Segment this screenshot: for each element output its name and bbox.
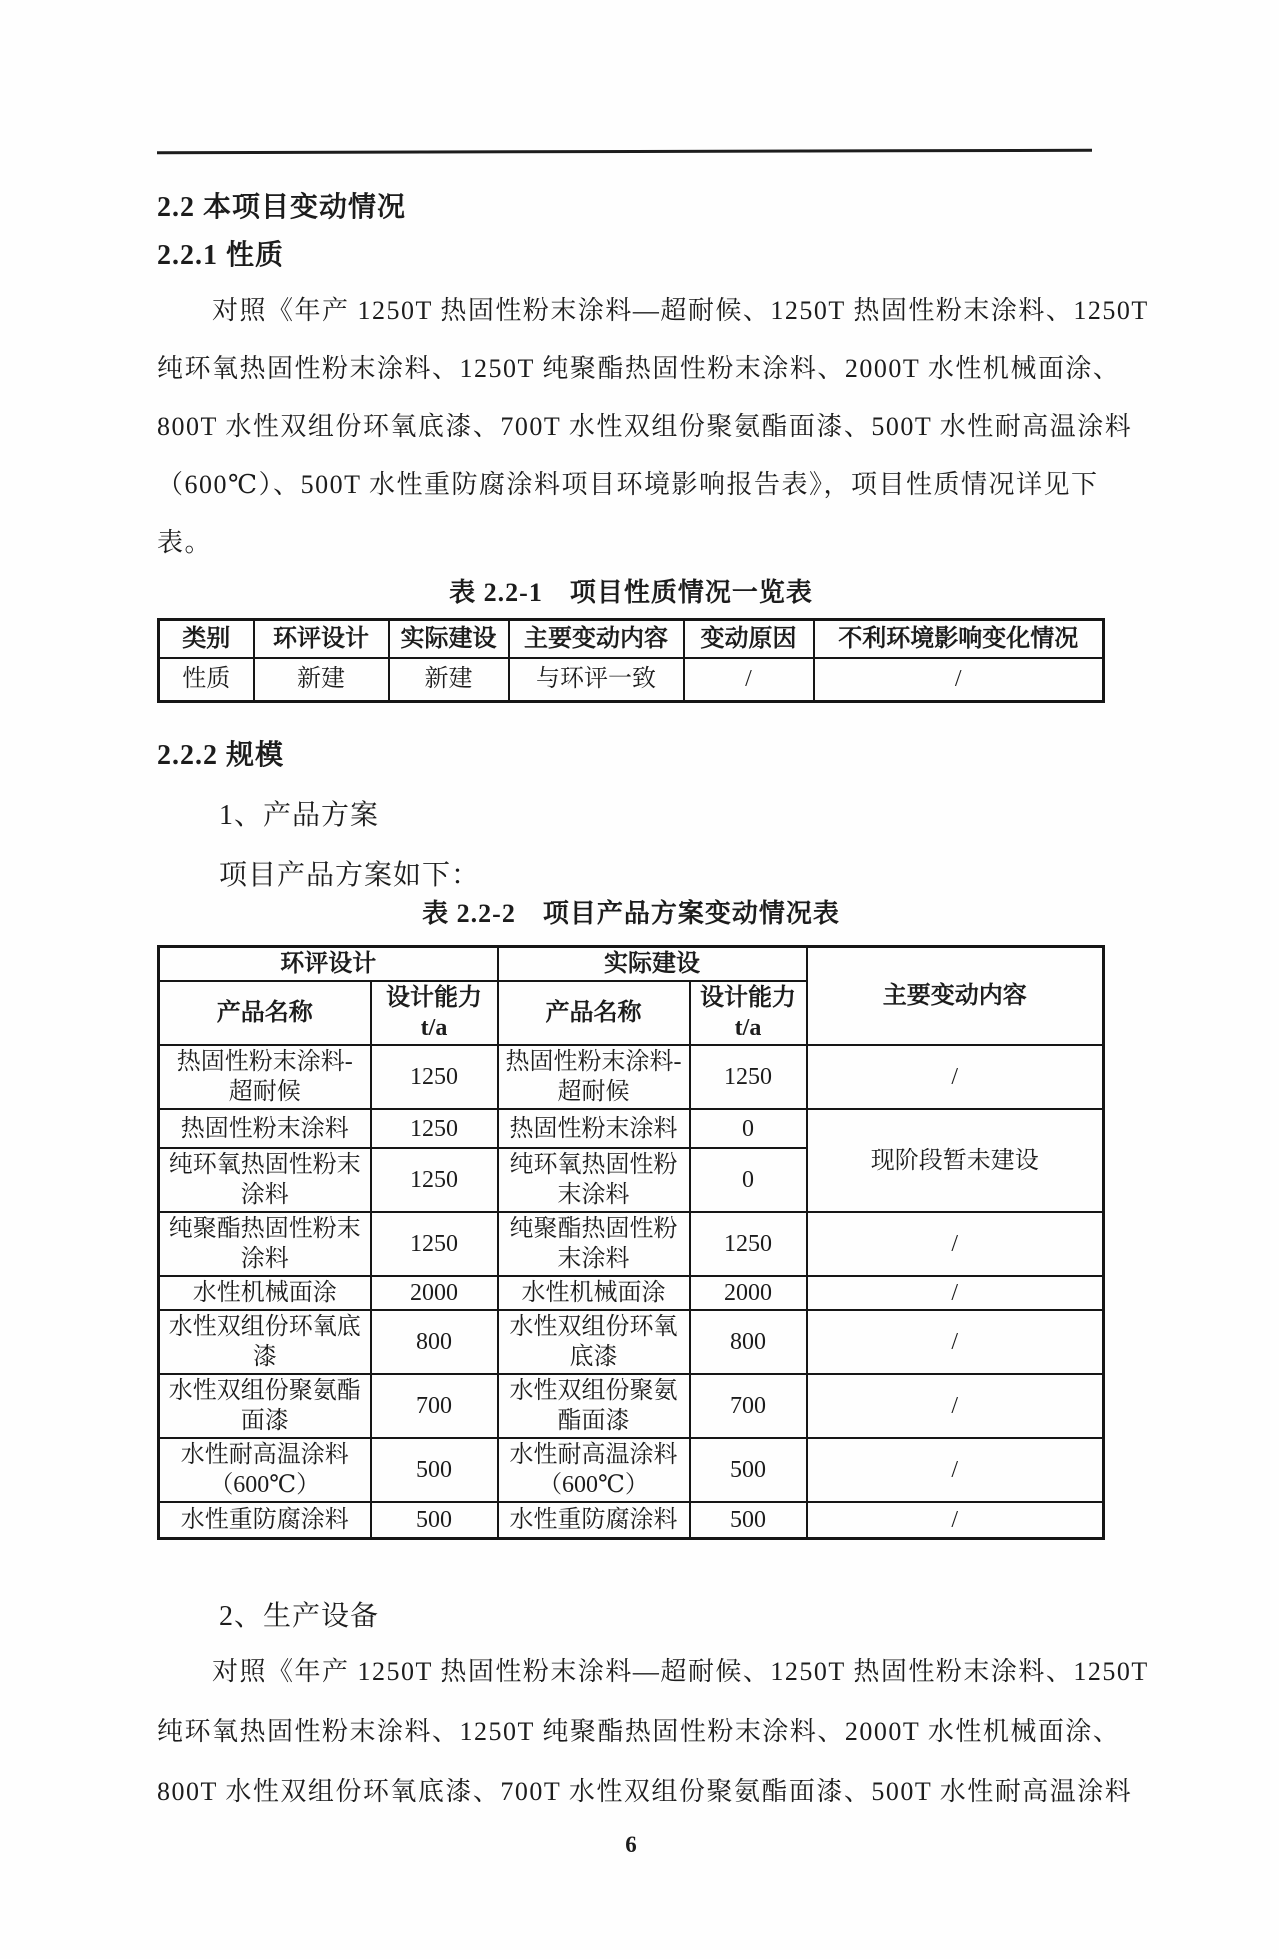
list-item-product-plan: 1、产品方案 xyxy=(157,797,1105,835)
cell-act-cap: 800 xyxy=(690,1310,807,1374)
cell-eia-cap: 1250 xyxy=(371,1109,498,1148)
cell-eia-name: 水性耐高温涂料（600℃） xyxy=(159,1438,371,1502)
table1-header-row: 类别 环评设计 实际建设 主要变动内容 变动原因 不利环境影响变化情况 xyxy=(159,620,1104,658)
list-item-production-equipment: 2、生产设备 xyxy=(157,1598,1105,1636)
cell-eia-cap: 2000 xyxy=(371,1276,498,1310)
paragraph-line: 800T 水性双组份环氧底漆、700T 水性双组份聚氨酯面漆、500T 水性耐高… xyxy=(157,398,1105,456)
cell-eia-name: 水性双组份环氧底漆 xyxy=(159,1310,371,1374)
paragraph-line: 纯环氧热固性粉末涂料、1250T 纯聚酯热固性粉末涂料、2000T 水性机械面涂… xyxy=(157,1702,1105,1762)
cell-act-cap: 0 xyxy=(690,1109,807,1148)
cell-eia-name: 水性双组份聚氨酯面漆 xyxy=(159,1374,371,1438)
cell-act-cap: 500 xyxy=(690,1502,807,1538)
table-row: 水性机械面涂 2000 水性机械面涂 2000 / xyxy=(159,1276,1104,1310)
cell-act-cap: 1250 xyxy=(690,1045,807,1109)
paragraph-line: 800T 水性双组份环氧底漆、700T 水性双组份聚氨酯面漆、500T 水性耐高… xyxy=(157,1762,1105,1822)
paragraph-line: 纯环氧热固性粉末涂料、1250T 纯聚酯热固性粉末涂料、2000T 水性机械面涂… xyxy=(157,340,1105,398)
capacity-label-line2: t/a xyxy=(697,1013,800,1043)
table-row: 水性重防腐涂料 500 水性重防腐涂料 500 / xyxy=(159,1502,1104,1538)
cell-category: 性质 xyxy=(159,658,254,702)
cell-act-name: 水性耐高温涂料（600℃） xyxy=(498,1438,690,1502)
table1-header-category: 类别 xyxy=(159,620,254,658)
cell-eia-name: 热固性粉末涂料-超耐候 xyxy=(159,1045,371,1109)
cell-adverse-impact: / xyxy=(814,658,1104,702)
cell-eia-name: 水性机械面涂 xyxy=(159,1276,371,1310)
cell-main-change: 与环评一致 xyxy=(509,658,684,702)
cell-act-cap: 700 xyxy=(690,1374,807,1438)
section-heading-2-2-1: 2.2.1 性质 xyxy=(157,237,1105,275)
section-heading-2-2-2: 2.2.2 规模 xyxy=(157,737,1105,775)
paragraph-project-nature: 对照《年产 1250T 热固性粉末涂料—超耐候、1250T 热固性粉末涂料、12… xyxy=(157,282,1105,572)
table-row: 水性双组份聚氨酯面漆 700 水性双组份聚氨酯面漆 700 / xyxy=(159,1374,1104,1438)
table2-header-capacity-eia: 设计能力 t/a xyxy=(371,981,498,1045)
cell-eia-design: 新建 xyxy=(254,658,389,702)
cell-change: / xyxy=(807,1374,1104,1438)
cell-change: / xyxy=(807,1310,1104,1374)
table2-caption: 表 2.2-2 项目产品方案变动情况表 xyxy=(157,897,1105,931)
cell-act-cap: 2000 xyxy=(690,1276,807,1310)
cell-change: / xyxy=(807,1438,1104,1502)
page-number: 6 xyxy=(157,1832,1105,1858)
cell-act-name: 水性重防腐涂料 xyxy=(498,1502,690,1538)
table2-header-main-change: 主要变动内容 xyxy=(807,947,1104,1046)
paragraph-line: （600℃）、500T 水性重防腐涂料项目环境影响报告表》，项目性质情况详见下 xyxy=(157,456,1105,514)
table1-header-change-reason: 变动原因 xyxy=(684,620,814,658)
cell-act-name: 热固性粉末涂料-超耐候 xyxy=(498,1045,690,1109)
cell-change: / xyxy=(807,1502,1104,1538)
cell-eia-cap: 1250 xyxy=(371,1212,498,1276)
table-row: 纯聚酯热固性粉末涂料 1250 纯聚酯热固性粉末涂料 1250 / xyxy=(159,1212,1104,1276)
cell-eia-name: 纯聚酯热固性粉末涂料 xyxy=(159,1212,371,1276)
table1-caption: 表 2.2-1 项目性质情况一览表 xyxy=(157,576,1105,610)
table-row: 热固性粉末涂料 1250 热固性粉末涂料 0 现阶段暂未建设 xyxy=(159,1109,1104,1148)
cell-change: / xyxy=(807,1045,1104,1109)
cell-eia-name: 热固性粉末涂料 xyxy=(159,1109,371,1148)
table-row: 热固性粉末涂料-超耐候 1250 热固性粉末涂料-超耐候 1250 / xyxy=(159,1045,1104,1109)
cell-eia-cap: 500 xyxy=(371,1438,498,1502)
table-project-nature: 类别 环评设计 实际建设 主要变动内容 变动原因 不利环境影响变化情况 性质 新… xyxy=(157,618,1105,703)
paragraph-production-equipment: 对照《年产 1250T 热固性粉末涂料—超耐候、1250T 热固性粉末涂料、12… xyxy=(157,1642,1105,1822)
document-page: 2.2 本项目变动情况 2.2.1 性质 对照《年产 1250T 热固性粉末涂料… xyxy=(0,0,1279,1959)
cell-change-merged: 现阶段暂未建设 xyxy=(807,1109,1104,1212)
cell-eia-cap: 1250 xyxy=(371,1045,498,1109)
cell-eia-name: 纯环氧热固性粉末涂料 xyxy=(159,1148,371,1212)
cell-act-cap: 0 xyxy=(690,1148,807,1212)
cell-act-name: 纯聚酯热固性粉末涂料 xyxy=(498,1212,690,1276)
header-rule xyxy=(157,149,1092,154)
table2-group-header-row: 环评设计 实际建设 主要变动内容 xyxy=(159,947,1104,982)
table2-header-eia-group: 环评设计 xyxy=(159,947,498,982)
page-content: 2.2 本项目变动情况 2.2.1 性质 对照《年产 1250T 热固性粉末涂料… xyxy=(157,0,1105,1858)
section-heading-2-2: 2.2 本项目变动情况 xyxy=(157,189,1105,227)
cell-eia-cap: 800 xyxy=(371,1310,498,1374)
table-row: 水性耐高温涂料（600℃） 500 水性耐高温涂料（600℃） 500 / xyxy=(159,1438,1104,1502)
cell-eia-cap: 500 xyxy=(371,1502,498,1538)
cell-act-cap: 1250 xyxy=(690,1212,807,1276)
cell-eia-cap: 700 xyxy=(371,1374,498,1438)
capacity-label-line2: t/a xyxy=(378,1013,491,1043)
cell-act-cap: 500 xyxy=(690,1438,807,1502)
product-plan-intro: 项目产品方案如下： xyxy=(157,857,1105,895)
table2-header-capacity-actual: 设计能力 t/a xyxy=(690,981,807,1045)
cell-change: / xyxy=(807,1276,1104,1310)
paragraph-line: 对照《年产 1250T 热固性粉末涂料—超耐候、1250T 热固性粉末涂料、12… xyxy=(157,1642,1105,1702)
capacity-label-line1: 设计能力 xyxy=(697,983,800,1013)
table1-header-adverse-impact: 不利环境影响变化情况 xyxy=(814,620,1104,658)
cell-change: / xyxy=(807,1212,1104,1276)
cell-act-name: 热固性粉末涂料 xyxy=(498,1109,690,1148)
table-row: 性质 新建 新建 与环评一致 / / xyxy=(159,658,1104,702)
table-row: 水性双组份环氧底漆 800 水性双组份环氧底漆 800 / xyxy=(159,1310,1104,1374)
table1-header-eia-design: 环评设计 xyxy=(254,620,389,658)
table1-header-actual-build: 实际建设 xyxy=(389,620,509,658)
cell-actual-build: 新建 xyxy=(389,658,509,702)
paragraph-line: 表。 xyxy=(157,514,1105,572)
cell-act-name: 纯环氧热固性粉末涂料 xyxy=(498,1148,690,1212)
table-product-plan: 环评设计 实际建设 主要变动内容 产品名称 设计能力 t/a 产品名称 设计能力… xyxy=(157,945,1105,1540)
paragraph-line: 对照《年产 1250T 热固性粉末涂料—超耐候、1250T 热固性粉末涂料、12… xyxy=(157,282,1105,340)
cell-act-name: 水性双组份环氧底漆 xyxy=(498,1310,690,1374)
table2-header-actual-group: 实际建设 xyxy=(498,947,807,982)
capacity-label-line1: 设计能力 xyxy=(378,983,491,1013)
cell-act-name: 水性双组份聚氨酯面漆 xyxy=(498,1374,690,1438)
cell-act-name: 水性机械面涂 xyxy=(498,1276,690,1310)
cell-eia-name: 水性重防腐涂料 xyxy=(159,1502,371,1538)
table2-header-product-name-actual: 产品名称 xyxy=(498,981,690,1045)
cell-eia-cap: 1250 xyxy=(371,1148,498,1212)
table2-header-product-name-eia: 产品名称 xyxy=(159,981,371,1045)
table1-header-main-change: 主要变动内容 xyxy=(509,620,684,658)
cell-change-reason: / xyxy=(684,658,814,702)
